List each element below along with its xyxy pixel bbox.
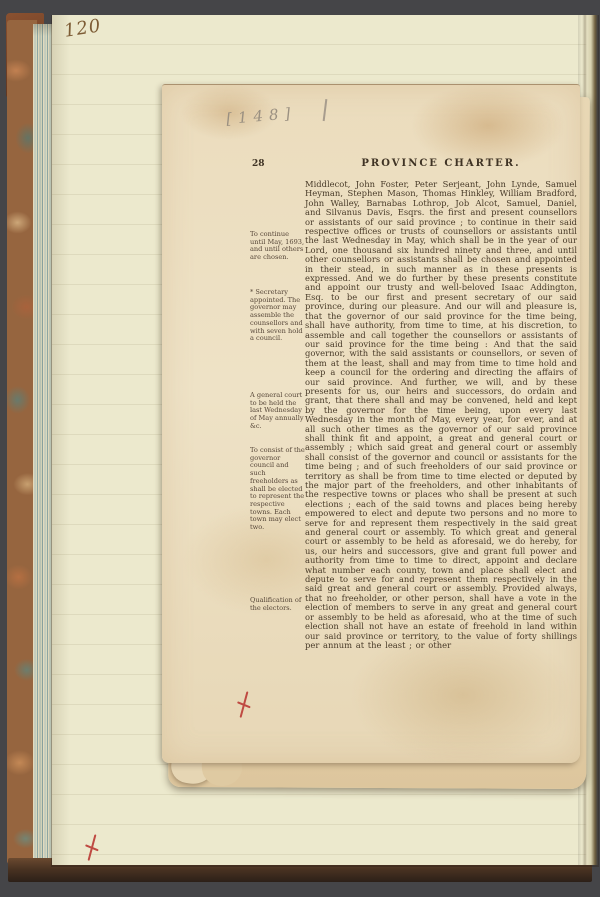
inserted-charter-leaf: [148] 28 PROVINCE CHARTER. To continue u… xyxy=(162,84,580,763)
pencil-annotation: [148] xyxy=(225,104,297,128)
book-scan-scene: 120 [148] 28 PROVINCE CHARTER. To contin… xyxy=(0,0,600,897)
margin-note: Qualification of the electors. xyxy=(250,597,305,612)
margin-note: To consist of the governor council and s… xyxy=(250,447,305,532)
red-cross-mark xyxy=(234,691,254,719)
running-header: PROVINCE CHARTER. xyxy=(305,158,577,169)
margin-note: A general court to be held the last Wedn… xyxy=(250,392,305,431)
charter-body-text: Middlecot, John Foster, Peter Serjeant, … xyxy=(305,180,577,650)
printed-page-number: 28 xyxy=(252,159,265,169)
pencil-stroke-mark xyxy=(323,99,327,121)
red-cross-mark xyxy=(82,834,102,862)
margin-note: To continue until May, 1693, and until o… xyxy=(250,231,305,262)
margin-note: * Secretary appointed. The governor may … xyxy=(250,289,305,343)
